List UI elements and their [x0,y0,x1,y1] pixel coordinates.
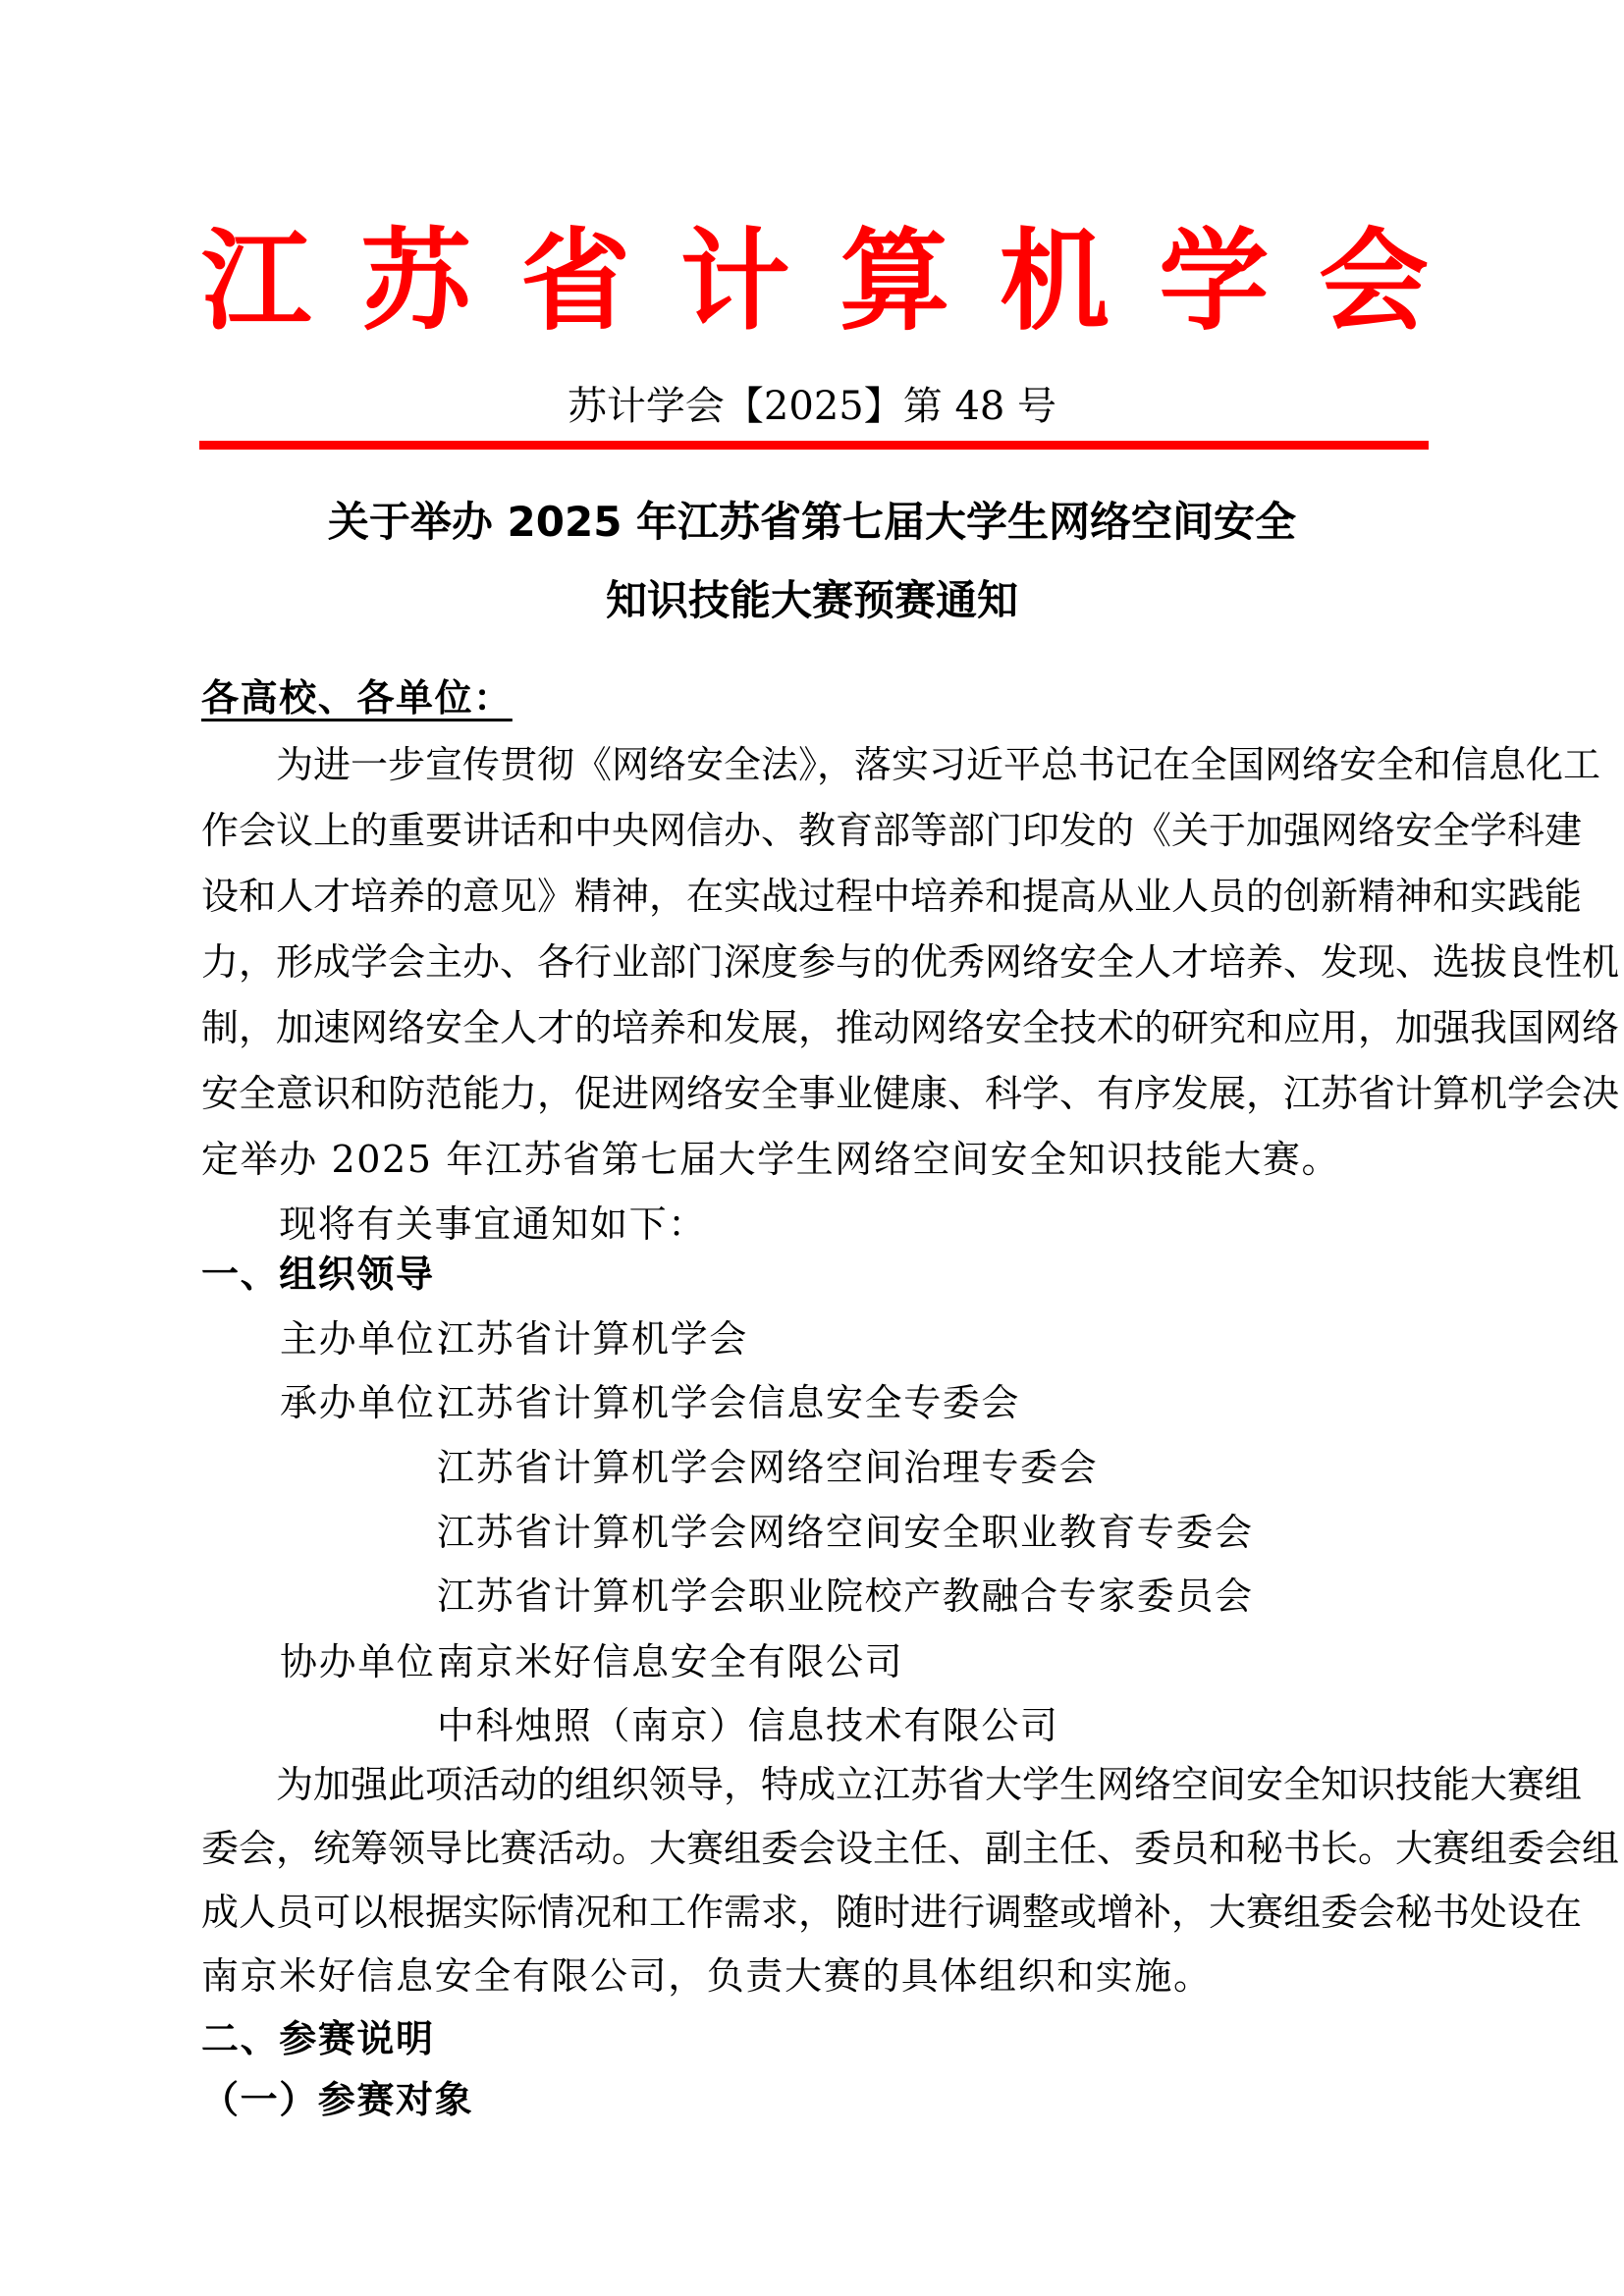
organizer-item: 江苏省计算机学会网络空间安全职业教育专委会 [437,1508,1254,1557]
org-title-char: 省 [520,218,630,346]
organization-title: 江 苏 省 计 算 机 学 会 [201,218,1429,346]
organizer-item: 江苏省计算机学会职业院校产教融合专家委员会 [437,1572,1254,1621]
org-title-char: 学 [1159,218,1269,346]
paragraph-line: 南京米好信息安全有限公司，负责大赛的具体组织和实施。 [201,1951,1213,2001]
notice-heading-line-2: 知识技能大赛预赛通知 [0,573,1624,628]
paragraph-line: 为加强此项活动的组织领导，特成立江苏省大学生网络空间安全知识技能大赛组 [201,1760,1429,1809]
section-1-title: 一、组织领导 [201,1250,435,1299]
co-organizer-item: 中科烛照（南京）信息技术有限公司 [437,1701,1059,1750]
notice-heading-line-1: 关于举办 2025 年江苏省第七届大学生网络空间安全 [0,495,1624,550]
paragraph-line: 制，加速网络安全人才的培养和发展，推动网络安全技术的研究和应用，加强我国网络 [201,1003,1429,1052]
organizer-item: 江苏省计算机学会网络空间治理专委会 [437,1443,1098,1492]
paragraph-line: 作会议上的重要讲话和中央网信办、教育部等部门印发的《关于加强网络安全学科建 [201,806,1429,855]
org-title-char: 算 [839,218,949,346]
paragraph-line: 力，形成学会主办、各行业部门深度参与的优秀网络安全人才培养、发现、选拔良性机 [201,937,1429,987]
org-title-char: 会 [1319,218,1429,346]
subsection-1-title: （一）参赛对象 [201,2075,473,2124]
paragraph-line: 成人员可以根据实际情况和工作需求，随时进行调整或增补，大赛组委会秘书处设在 [201,1888,1429,1937]
red-divider [199,441,1429,450]
notice-line: 现将有关事宜通知如下： [201,1200,707,1249]
org-title-char: 机 [1000,218,1110,346]
paragraph-line: 安全意识和防范能力，促进网络安全事业健康、科学、有序发展，江苏省计算机学会决 [201,1069,1429,1118]
paragraph-line: 委会，统筹领导比赛活动。大赛组委会设主任、副主任、委员和秘书长。大赛组委会组 [201,1824,1429,1873]
paragraph-line: 定举办 2025 年江苏省第七届大学生网络空间安全知识技能大赛。 [201,1135,1340,1184]
paragraph-line: 为进一步宣传贯彻《网络安全法》，落实习近平总书记在全国网络安全和信息化工 [201,740,1429,789]
document-number: 苏计学会【2025】第 48 号 [0,381,1624,432]
org-title-char: 计 [680,218,790,346]
host-value: 江苏省计算机学会 [437,1314,748,1363]
org-title-char: 江 [201,218,311,346]
org-title-char: 苏 [361,218,471,346]
salutation: 各高校、各单位： [201,673,513,722]
section-2-title: 二、参赛说明 [201,2014,435,2063]
organizer-item: 江苏省计算机学会信息安全专委会 [437,1378,1020,1427]
paragraph-line: 设和人才培养的意见》精神，在实战过程中培养和提高从业人员的创新精神和实践能 [201,872,1429,921]
co-organizer-item: 南京米好信息安全有限公司 [437,1637,903,1686]
